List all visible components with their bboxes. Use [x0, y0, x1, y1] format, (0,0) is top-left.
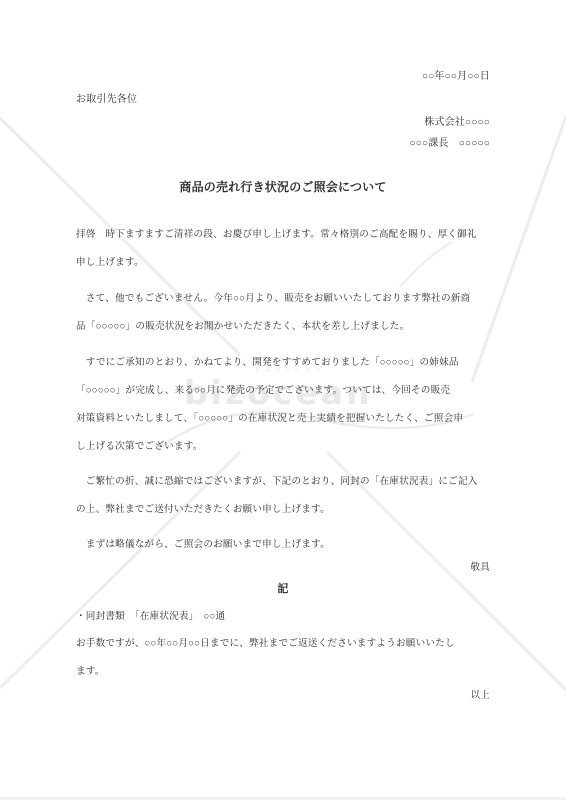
paragraph-main-2: すでにご承知のとおり、かねてより、開発をすすめておりました「○○○○○」の姉妹品…	[76, 349, 498, 461]
paragraph-request: ご繁忙の折、誠に恐縮ではございますが、下記のとおり、同封の「在庫状況表」にご記入…	[76, 468, 498, 524]
letter-date: ○○年○○月○○日	[422, 67, 490, 87]
notice-heading: 記	[0, 577, 566, 601]
paragraph-main-1: さて、他でもございません。今年○○月より、販売をお願いいたしております弊社の新商…	[76, 285, 498, 341]
document-page: ビズオーシャン bizocean ○○年○○月○○日 お取引先各位 株式会社○○…	[0, 0, 566, 800]
notice-end-ijou: 以上	[470, 682, 490, 710]
paragraph-closing: まずは略儀ながら、ご照会のお願いまで申し上げます。	[76, 531, 498, 559]
sender-name: ○○○課長 ○○○○○	[409, 134, 490, 154]
return-deadline-note: お手数ですが、○○年○○月○○日までに、弊社までご返送くださいますようお願いいた…	[76, 630, 498, 686]
letter-addressee: お取引先各位	[76, 90, 498, 110]
sender-company: 株式会社○○○○	[424, 113, 490, 133]
paragraph-opening: 拝啓 時下ますますご清祥の段、お慶び申し上げます。常々格別のご高配を賜り、厚く御…	[76, 221, 498, 277]
enclosure-item: ・同封書類 「在庫状況表」 ○○通	[76, 603, 498, 631]
letter-title: 商品の売れ行き状況のご照会について	[0, 176, 566, 198]
